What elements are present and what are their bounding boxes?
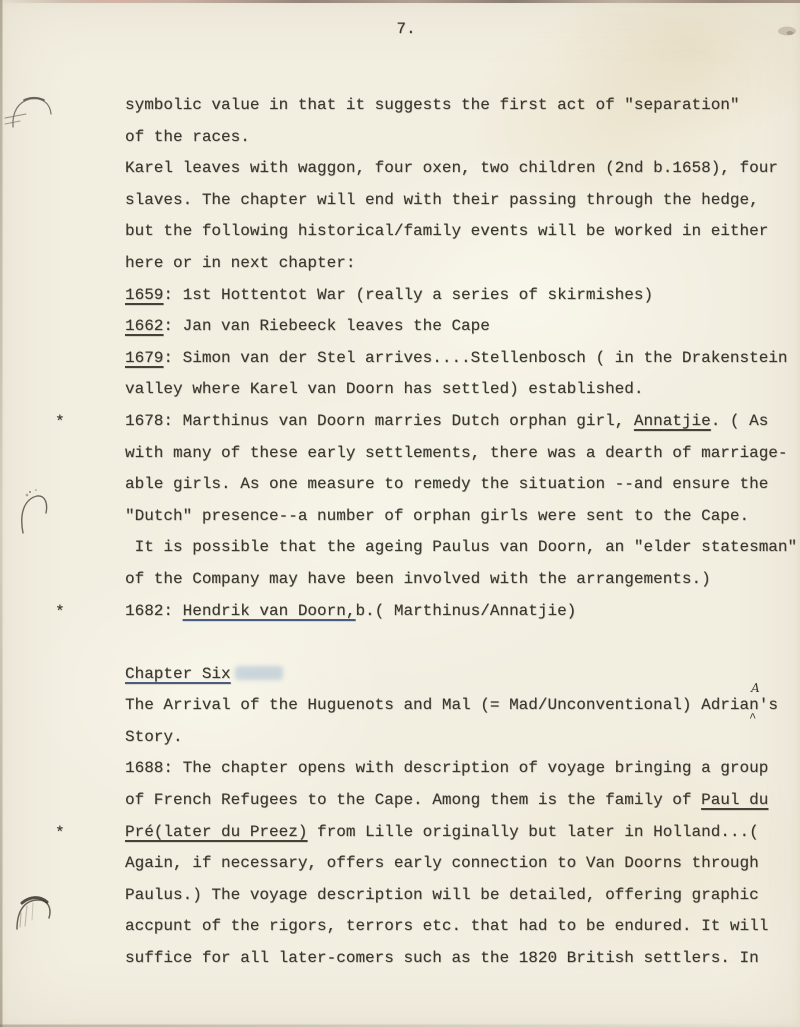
typed-text: 1682: [125, 602, 183, 620]
typed-line: Story. [125, 722, 800, 754]
typed-line: Paulus.) The voyage description will be … [125, 880, 800, 912]
typed-line: Chapter Six [125, 659, 800, 691]
typed-text: Again, if necessary, offers early connec… [125, 854, 759, 872]
typed-line: The Arrival of the Huguenots and Mal (= … [125, 690, 800, 722]
typed-line: able girls. As one measure to remedy the… [125, 469, 800, 501]
hole-punch-mark-bottom [17, 898, 50, 929]
typed-line: here or in next chapter: [125, 248, 800, 280]
typed-text: of the races. [125, 128, 250, 146]
underlined-phrase: Hendrik van Doorn, [183, 602, 356, 620]
correction-smudge [235, 666, 283, 680]
typed-text: : 1st Hottentot War (really a series of … [163, 286, 653, 304]
typed-text: : Jan van Riebeeck leaves the Cape [163, 317, 489, 335]
typed-text: . ( As [711, 412, 769, 430]
typed-text: accpunt of the rigors, terrors etc. that… [125, 917, 768, 935]
typed-line: *Pré(later du Preez) from Lille original… [125, 817, 800, 849]
typed-text: from Lille originally but later in Holla… [307, 823, 758, 841]
typed-text: Story. [125, 728, 183, 746]
typed-text: Paulus.) The voyage description will be … [125, 886, 759, 904]
typed-line: 1679: Simon van der Stel arrives....Stel… [125, 343, 800, 375]
underlined-phrase: Annatjie [634, 412, 711, 430]
page-top-edge-shadow [0, 0, 800, 3]
typed-text: with many of these early settlements, th… [125, 444, 788, 462]
typed-text: slaves. The chapter will end with their … [125, 191, 759, 209]
typed-text: The Arrival of the Huguenots and Mal (= … [125, 696, 749, 714]
underlined-phrase: Paul du [701, 791, 768, 809]
typed-text: "Dutch" presence--a number of orphan gir… [125, 507, 749, 525]
page-number: 7. [0, 20, 800, 38]
typed-text: 's [759, 696, 778, 714]
page-left-edge-shadow [0, 0, 3, 1027]
typed-text: here or in next chapter: [125, 254, 355, 272]
typed-text: suffice for all later-comers such as the… [125, 949, 759, 967]
typed-text: of the Company may have been involved wi… [125, 570, 711, 588]
underlined-phrase: 1679 [125, 349, 163, 367]
typed-line: accpunt of the rigors, terrors etc. that… [125, 911, 800, 943]
typed-line: of the races. [125, 122, 800, 154]
typed-line: 1688: The chapter opens with description… [125, 753, 800, 785]
typed-text: of French Refugees to the Cape. Among th… [125, 791, 701, 809]
typed-line: with many of these early settlements, th… [125, 438, 800, 470]
typed-text: but the following historical/family even… [125, 222, 768, 240]
typed-text: 1678: Marthinus van Doorn marries Dutch … [125, 412, 634, 430]
margin-asterisk: * [55, 407, 65, 439]
typed-text: valley where Karel van Doorn has settled… [125, 380, 643, 398]
typed-line: slaves. The chapter will end with their … [125, 185, 800, 217]
typed-line: "Dutch" presence--a number of orphan gir… [125, 501, 800, 533]
typed-line: suffice for all later-comers such as the… [125, 943, 800, 975]
typed-text: b.( Marthinus/Annatjie) [355, 602, 576, 620]
typed-text: : Simon van der Stel arrives....Stellenb… [163, 349, 787, 367]
hole-punch-mark-top [5, 98, 51, 127]
typed-line: Karel leaves with waggon, four oxen, two… [125, 153, 800, 185]
typed-line: 1659: 1st Hottentot War (really a series… [125, 280, 800, 312]
typed-line: of French Refugees to the Cape. Among th… [125, 785, 800, 817]
typed-text: able girls. As one measure to remedy the… [125, 475, 768, 493]
margin-asterisk: * [55, 597, 65, 629]
typed-text-block: symbolic value in that it suggests the f… [125, 90, 800, 975]
underlined-phrase: 1662 [125, 317, 163, 335]
typed-line: It is possible that the ageing Paulus va… [125, 532, 800, 564]
typed-line: of the Company may have been involved wi… [125, 564, 800, 596]
typed-text: 1688: The chapter opens with description… [125, 759, 768, 777]
underlined-phrase: Chapter Six [125, 665, 231, 683]
margin-asterisk: * [55, 818, 65, 850]
typed-line: symbolic value in that it suggests the f… [125, 90, 800, 122]
underlined-phrase: 1659 [125, 286, 163, 304]
hole-punch-mark-middle [22, 489, 47, 533]
handwritten-insertion: A [751, 682, 760, 694]
typed-line: but the following historical/family even… [125, 216, 800, 248]
typed-line: 1662: Jan van Riebeeck leaves the Cape [125, 311, 800, 343]
typed-text: symbolic value in that it suggests the f… [125, 96, 740, 114]
typed-text: nA^ [749, 696, 759, 714]
typed-line: *1678: Marthinus van Doorn marries Dutch… [125, 406, 800, 438]
typed-text: It is possible that the ageing Paulus va… [125, 538, 797, 556]
blank-line [125, 627, 800, 659]
typed-text: Karel leaves with waggon, four oxen, two… [125, 159, 778, 177]
typed-line: Again, if necessary, offers early connec… [125, 848, 800, 880]
typed-line: valley where Karel van Doorn has settled… [125, 374, 800, 406]
manuscript-page: 7. symbolic value in that it suggests th… [0, 0, 800, 1027]
typed-line: *1682: Hendrik van Doorn,b.( Marthinus/A… [125, 596, 800, 628]
underlined-phrase: Pré(later du Preez) [125, 823, 307, 841]
